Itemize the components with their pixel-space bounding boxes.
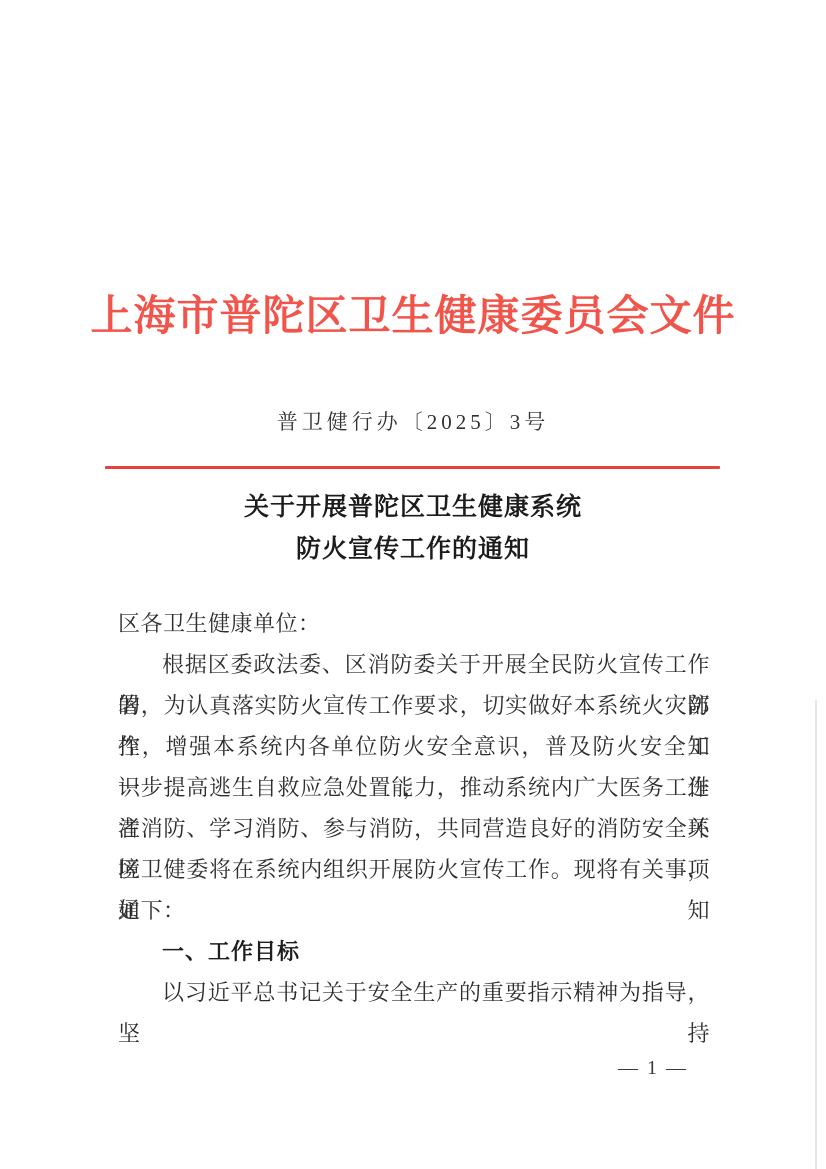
document-body: 区各卫生健康单位： 根据区委政法委、区消防委关于开展全民防火宣传工作的部 署，为… (118, 603, 710, 1013)
salutation: 区各卫生健康单位： (118, 603, 710, 644)
body-line-6: 区卫健委将在系统内组织开展防火宣传工作。现将有关事项通知 (118, 849, 710, 890)
body-line-5: 注消防、学习消防、参与消防，共同营造良好的消防安全环境， (118, 808, 710, 849)
body-line-2: 署，为认真落实防火宣传工作要求，切实做好本系统火灾防控工 (118, 685, 710, 726)
scanner-edge-artifact (815, 700, 817, 1169)
red-divider-line (105, 466, 720, 469)
document-number: 普卫健行办〔2025〕3号 (0, 406, 826, 436)
body-line-1: 根据区委政法委、区消防委关于开展全民防火宣传工作的部 (118, 644, 710, 685)
section-body-line-1: 以习近平总书记关于安全生产的重要指示精神为指导，坚持 (118, 972, 710, 1013)
section-heading-work-goals: 一、工作目标 (118, 931, 710, 972)
document-title-line-2: 防火宣传工作的通知 (0, 529, 826, 571)
letterhead-title: 上海市普陀区卫生健康委员会文件 (0, 283, 826, 343)
document-title-line-1: 关于开展普陀区卫生健康系统 (0, 487, 826, 529)
page-number: — 1 — (617, 1057, 689, 1080)
body-line-3: 作，增强本系统内各单位防火安全意识，普及防火安全知识，进 (118, 726, 710, 767)
document-title: 关于开展普陀区卫生健康系统 防火宣传工作的通知 (0, 487, 826, 571)
body-line-4: 一步提高逃生自救应急处置能力，推动系统内广大医务工作者关 (118, 767, 710, 808)
document-page: 上海市普陀区卫生健康委员会文件 普卫健行办〔2025〕3号 关于开展普陀区卫生健… (0, 0, 826, 1169)
